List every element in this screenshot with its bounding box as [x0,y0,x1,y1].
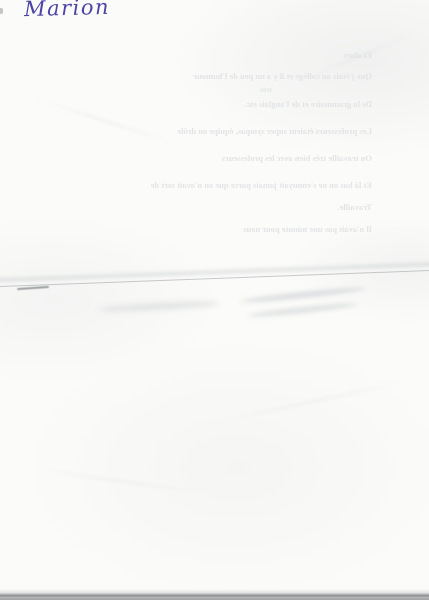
edge-speck [0,8,3,14]
scanner-edge [0,589,429,600]
ink-smudge [240,285,366,304]
bleedthrough-line: Il n'avait pas une minute pour nous [243,224,372,235]
handwritten-name: Marion [24,0,111,21]
bleedthrough-insert-word: très [260,84,272,95]
fold-crease-dark-mark [17,286,49,290]
bleedthrough-line: De la grammaire et de l'anglais etc. [244,99,372,110]
scanned-page: Marion Et alors Que j'étais au collège e… [0,0,429,600]
bleedthrough-line: Que j'étais au collège et il y a un peu … [193,71,372,82]
bleedthrough-line: Et là bas on ne s'ennuyait jamais parce … [151,180,372,191]
bleedthrough-line: On travaille très bien avec les professe… [222,153,372,164]
ink-smudge [248,301,358,318]
ink-smudge [98,300,220,313]
bleedthrough-line: Travaille. [337,202,372,213]
paper-wrinkle [41,469,200,493]
paper-wrinkle [222,380,408,421]
bleedthrough-line: Les professeurs étaient super sympas, éq… [177,126,372,137]
